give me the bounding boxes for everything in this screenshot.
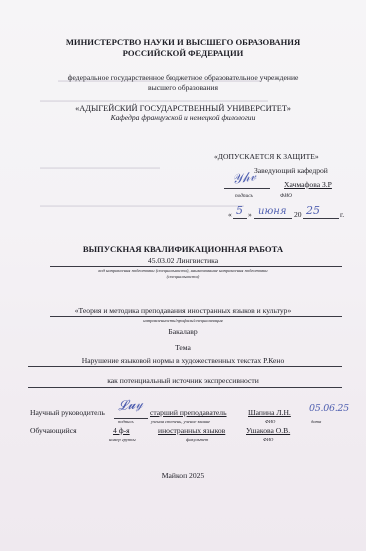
topic-underline-2 xyxy=(28,387,342,388)
topic-underline-1 xyxy=(28,366,342,367)
date-close-quote: » xyxy=(248,210,252,220)
topic-label: Тема xyxy=(0,343,366,353)
specialty: 45.03.02 Лингвистика xyxy=(0,256,366,266)
institution-type-line-1: федеральное государственное бюджетное об… xyxy=(0,73,366,83)
ministry-line-2: РОССИЙСКОЙ ФЕДЕРАЦИИ xyxy=(0,48,366,59)
specialty-line xyxy=(50,266,342,267)
approval-title: «ДОПУСКАЕТСЯ К ЗАЩИТЕ» xyxy=(214,152,319,162)
profile: «Теория и методика преподавания иностран… xyxy=(0,306,366,316)
supervisor-name-caption: ФИО xyxy=(265,419,275,425)
profile-caption: направленность/профиль/специализация xyxy=(0,318,366,324)
student-group-caption: номер группы xyxy=(109,437,136,443)
name-caption: ФИО xyxy=(280,193,292,200)
bleed-through-text: ▬▬▬▬▬▬▬▬▬▬▬▬▬▬▬▬▬▬▬▬▬▬▬▬▬▬▬▬▬▬▬▬▬▬ xyxy=(40,203,244,209)
year-line xyxy=(303,218,339,219)
student-label: Обучающийся xyxy=(30,426,77,436)
student-faculty-caption: факультет xyxy=(186,437,208,443)
supervisor-name: Шапина Л.Н. xyxy=(248,408,291,418)
student-name-caption: ФИО xyxy=(263,437,273,443)
month-line xyxy=(254,218,292,219)
supervisor-signature-caption: подпись xyxy=(118,419,134,425)
degree: Бакалавр xyxy=(0,327,366,337)
signature-line xyxy=(224,188,270,189)
supervisor-position-caption: ученая степень, ученое звание xyxy=(151,419,210,425)
date-day: 5 xyxy=(236,204,243,217)
student-faculty: иностранных языков xyxy=(158,426,225,436)
supervisor-signature: 𝓛𝓾𝓎 xyxy=(117,397,143,415)
topic-line-1: Нарушение языковой нормы в художественны… xyxy=(0,356,366,366)
supervisor-date-value: 05.06.25 xyxy=(309,403,349,414)
institution-type-line-2: высшего образования xyxy=(0,83,366,93)
city-year: Майкоп 2025 xyxy=(0,471,366,481)
work-type-title: ВЫПУСКНАЯ КВАЛИФИКАЦИОННАЯ РАБОТА xyxy=(0,244,366,255)
profile-line xyxy=(50,316,342,317)
date-open-quote: « xyxy=(228,210,232,220)
bleed-through-text: ▬▬▬▬▬▬▬▬▬▬▬▬▬▬▬▬▬▬▬▬ xyxy=(40,165,160,171)
head-signature: 𝒴𝒽𝓋 xyxy=(231,169,257,188)
signature-caption: подпись xyxy=(235,193,253,200)
supervisor-date: 05.06.25 xyxy=(309,403,349,414)
topic-line-2: как потенциальный источник экспрессивнос… xyxy=(0,376,366,386)
supervisor-label: Научный руководитель xyxy=(30,408,105,418)
date-year-prefix: 20 xyxy=(294,210,302,220)
ministry-line-1: МИНИСТЕРСТВО НАУКИ И ВЫСШЕГО ОБРАЗОВАНИЯ xyxy=(0,37,366,48)
day-line xyxy=(233,218,247,219)
supervisor-date-caption: дата xyxy=(311,419,321,425)
date-year-unit: г. xyxy=(340,210,344,220)
date-month: июня xyxy=(258,206,286,217)
head-name: Хачмафова З.Р xyxy=(284,180,332,190)
student-group: 4 ф-я xyxy=(113,426,130,436)
document-page: ▬▬▬▬▬▬▬▬▬▬▬▬▬▬▬▬▬▬▬▬▬▬▬▬▬▬▬▬▬▬▬▬▬▬ ▬▬▬▬▬… xyxy=(0,0,366,551)
head-of-department-label: Заведующий кафедрой xyxy=(254,166,328,176)
supervisor-position: старший преподаватель xyxy=(150,408,227,418)
specialty-caption-line-2: (специальности) xyxy=(0,274,366,280)
date-year-suffix: 25 xyxy=(306,204,320,217)
student-name: Ушакова О.В. xyxy=(246,426,290,436)
department-name: Кафедра французской и немецкой филологии xyxy=(0,113,366,123)
